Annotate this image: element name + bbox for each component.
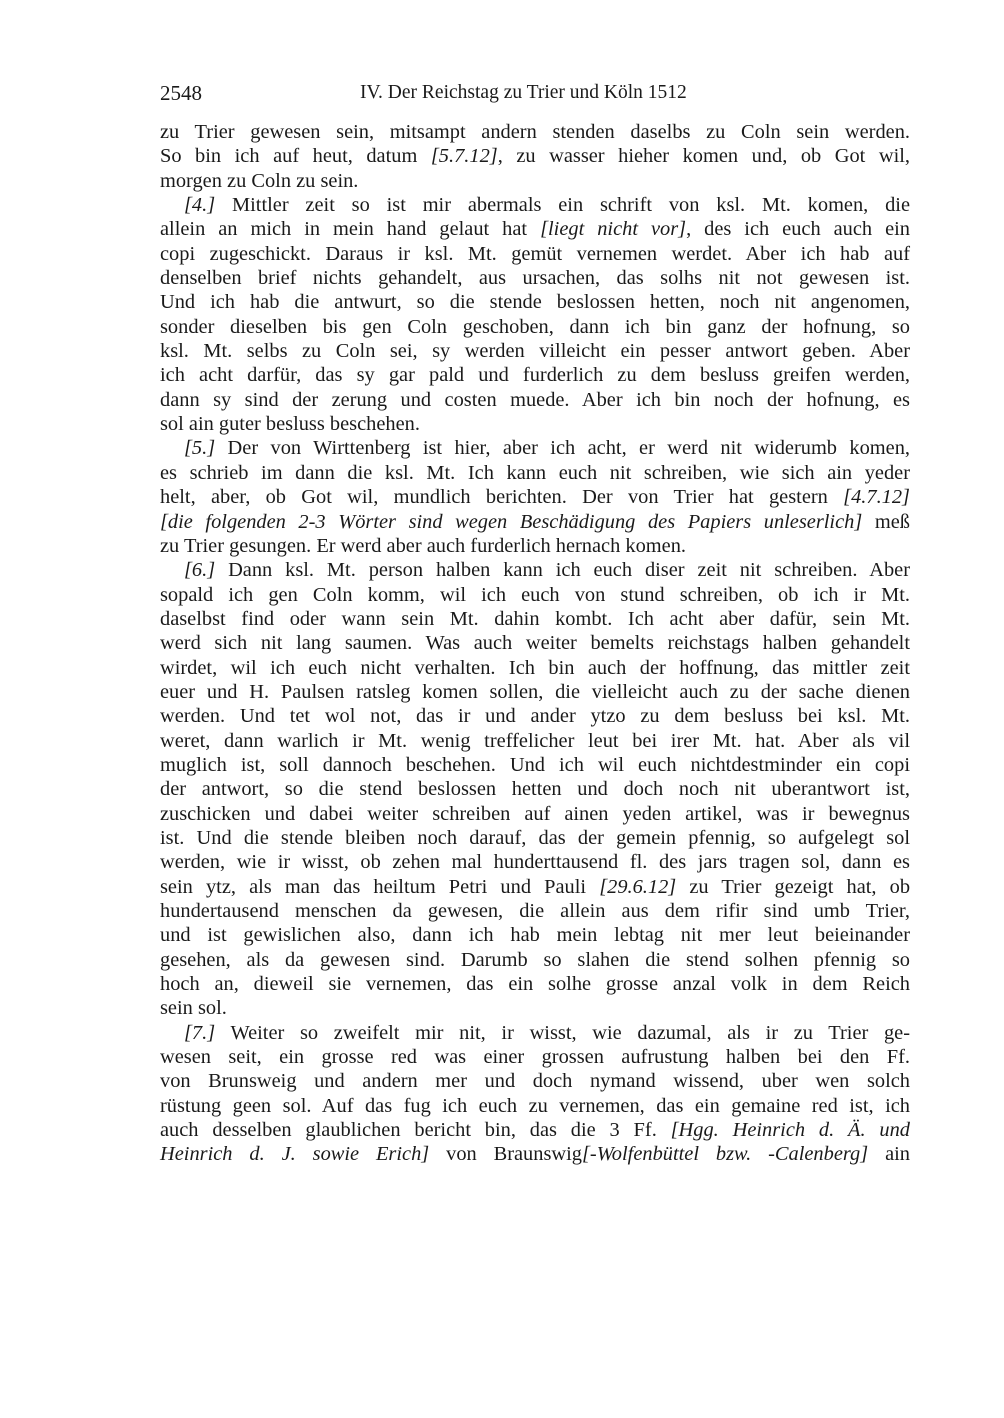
text-line: denselben brief nichts gehandelt, aus ur… (160, 266, 910, 290)
paragraph-number: [5.] (184, 437, 215, 459)
editorial-note: [liegt nicht vor] (540, 218, 686, 240)
text-segment: Und ich hab die antwurt, so die stende b… (160, 291, 910, 313)
text-line: werden, wie ir wisst, ob zehen mal hunde… (160, 850, 910, 874)
text-line: daselbst find oder wann sein Mt. dahin k… (160, 607, 910, 631)
text-segment: denselben brief nichts gehandelt, aus ur… (160, 267, 910, 289)
text-segment: zu Trier gesungen. Er werd aber auch fur… (160, 535, 686, 557)
text-segment: werden, wie ir wisst, ob zehen mal hunde… (160, 851, 910, 873)
text-segment: helt, aber, ob Got wil, mundlich bericht… (160, 486, 843, 508)
text-segment: auch desselben glaublichen bericht bin, … (160, 1119, 671, 1141)
text-line: wesen seit, ein grosse red was einer gro… (160, 1045, 910, 1069)
text-segment: es schrieb im dann die ksl. Mt. Ich kann… (160, 462, 910, 484)
text-line: auch desselben glaublichen bericht bin, … (160, 1118, 910, 1142)
text-line: hoch an, dieweil sie vernemen, das ein s… (160, 972, 910, 996)
text-segment: daselbst find oder wann sein Mt. dahin k… (160, 608, 910, 630)
text-segment: Der von Wirttenberg ist hier, aber ich a… (215, 437, 910, 459)
text-line: allein an mich in mein hand gelaut hat [… (160, 217, 910, 241)
text-segment: weret, dann warlich ir Mt. wenig treffel… (160, 730, 910, 752)
text-segment: dann sy sind der zerung und costen muede… (160, 389, 910, 411)
text-segment: sopald ich gen Coln komm, wil ich euch v… (160, 584, 910, 606)
text-segment: copi zugeschickt. Daraus ir ksl. Mt. gem… (160, 243, 910, 265)
text-segment: Dann ksl. Mt. person halben kann ich euc… (215, 559, 910, 581)
paragraph-number: [7.] (184, 1022, 215, 1044)
page-number: 2548 (160, 78, 202, 108)
text-line: copi zugeschickt. Daraus ir ksl. Mt. gem… (160, 242, 910, 266)
text-segment: ist. Und die stende bleiben noch darauf,… (160, 827, 910, 849)
text-segment: euer und H. Paulsen ratsleg komen sollen… (160, 681, 910, 703)
editorial-note: [Hgg. Heinrich d. Ä. und (671, 1119, 910, 1141)
text-segment: morgen zu Coln zu sein. (160, 170, 358, 192)
text-segment: und ist gewislichen also, dann ich hab m… (160, 924, 910, 946)
text-line: wirdet, wil ich euch nicht verhalten. Ic… (160, 656, 910, 680)
editorial-note: [29.6.12] (599, 876, 676, 898)
text-segment: So bin ich auf heut, datum (160, 145, 431, 167)
text-line: weret, dann warlich ir Mt. wenig treffel… (160, 729, 910, 753)
text-line: von Brunsweig und andern mer und doch ny… (160, 1069, 910, 1093)
text-segment: sein sol. (160, 997, 227, 1019)
editorial-note: [5.7.12] (431, 145, 498, 167)
text-line: gesehen, als da gewesen sind. Darumb so … (160, 948, 910, 972)
text-line: sonder dieselben bis gen Coln geschoben,… (160, 315, 910, 339)
text-line: sein sol. (160, 996, 910, 1020)
text-segment: ich acht darfür, das sy gar pald und fur… (160, 364, 910, 386)
text-segment: zu Trier gezeigt hat, ob (676, 876, 910, 898)
text-line: euer und H. Paulsen ratsleg komen sollen… (160, 680, 910, 704)
text-segment: sol ain guter besluss beschehen. (160, 413, 420, 435)
text-segment: , des ich euch auch ein (686, 218, 910, 240)
text-segment: allein an mich in mein hand gelaut hat (160, 218, 540, 240)
text-segment: von Brunsweig und andern mer und doch ny… (160, 1070, 910, 1092)
text-line: ich acht darfür, das sy gar pald und fur… (160, 363, 910, 387)
text-line: zu Trier gesungen. Er werd aber auch fur… (160, 534, 910, 558)
text-line: [4.] Mittler zeit so ist mir abermals ei… (160, 193, 910, 217)
editorial-note: [4.7.12] (843, 486, 910, 508)
text-line: ist. Und die stende bleiben noch darauf,… (160, 826, 910, 850)
page-header: 2548 IV. Der Reichstag zu Trier und Köln… (160, 78, 910, 108)
text-line: werden. Und tet wol not, das ir und ande… (160, 704, 910, 728)
editorial-note: [-Wolfenbüttel bzw. -Calenberg] (582, 1143, 868, 1165)
text-segment: sein ytz, als man das heiltum Petri und … (160, 876, 599, 898)
paragraph-number: [4.] (184, 194, 215, 216)
paragraph-number: [6.] (184, 559, 215, 581)
text-line: [6.] Dann ksl. Mt. person halben kann ic… (160, 558, 910, 582)
text-segment: von Braunswig (429, 1143, 582, 1165)
text-line: es schrieb im dann die ksl. Mt. Ich kann… (160, 461, 910, 485)
text-line: dann sy sind der zerung und costen muede… (160, 388, 910, 412)
text-segment: wirdet, wil ich euch nicht verhalten. Ic… (160, 657, 910, 679)
text-line: und ist gewislichen also, dann ich hab m… (160, 923, 910, 947)
text-line: ksl. Mt. selbs zu Coln sei, sy werden vi… (160, 339, 910, 363)
text-line: sopald ich gen Coln komm, wil ich euch v… (160, 583, 910, 607)
text-line: werd sich nit lang saumen. Was auch weit… (160, 631, 910, 655)
text-line: Heinrich d. J. sowie Erich] von Braunswi… (160, 1142, 910, 1166)
text-line: So bin ich auf heut, datum [5.7.12], zu … (160, 144, 910, 168)
text-segment: hoch an, dieweil sie vernemen, das ein s… (160, 973, 910, 995)
text-segment: gesehen, als da gewesen sind. Darumb so … (160, 949, 910, 971)
text-segment: muglich ist, soll dannoch beschehen. Und… (160, 754, 910, 776)
text-segment: meß (862, 511, 910, 533)
text-segment: werden. Und tet wol not, das ir und ande… (160, 705, 910, 727)
editorial-note: [die folgenden 2-3 Wörter sind wegen Bes… (160, 511, 862, 533)
text-segment: der antwort, so die stend beslossen hett… (160, 778, 910, 800)
text-line: helt, aber, ob Got wil, mundlich bericht… (160, 485, 910, 509)
text-segment: rüstung geen sol. Auf das fug ich euch z… (160, 1095, 910, 1117)
text-segment: ain (868, 1143, 910, 1165)
text-segment: zuschicken und dabei weiter schreiben au… (160, 803, 910, 825)
body-text: zu Trier gewesen sein, mitsampt andern s… (160, 120, 910, 1167)
text-line: Und ich hab die antwurt, so die stende b… (160, 290, 910, 314)
editorial-note: Heinrich d. J. sowie Erich] (160, 1143, 429, 1165)
text-line: zuschicken und dabei weiter schreiben au… (160, 802, 910, 826)
text-line: zu Trier gewesen sein, mitsampt andern s… (160, 120, 910, 144)
text-segment: sonder dieselben bis gen Coln geschoben,… (160, 316, 910, 338)
text-segment: , zu wasser hieher komen und, ob Got wil… (498, 145, 910, 167)
text-segment: wesen seit, ein grosse red was einer gro… (160, 1046, 910, 1068)
text-segment: hundertausend menschen da gewesen, die a… (160, 900, 910, 922)
text-segment: Weiter so zweifelt mir nit, ir wisst, wi… (215, 1022, 910, 1044)
text-line: [5.] Der von Wirttenberg ist hier, aber … (160, 436, 910, 460)
text-line: [die folgenden 2-3 Wörter sind wegen Bes… (160, 510, 910, 534)
text-line: sol ain guter besluss beschehen. (160, 412, 910, 436)
text-line: sein ytz, als man das heiltum Petri und … (160, 875, 910, 899)
text-line: muglich ist, soll dannoch beschehen. Und… (160, 753, 910, 777)
text-segment: zu Trier gewesen sein, mitsampt andern s… (160, 121, 910, 143)
text-line: rüstung geen sol. Auf das fug ich euch z… (160, 1094, 910, 1118)
text-line: [7.] Weiter so zweifelt mir nit, ir wiss… (160, 1021, 910, 1045)
text-segment: ksl. Mt. selbs zu Coln sei, sy werden vi… (160, 340, 910, 362)
text-line: hundertausend menschen da gewesen, die a… (160, 899, 910, 923)
text-segment: werd sich nit lang saumen. Was auch weit… (160, 632, 910, 654)
running-title: IV. Der Reichstag zu Trier und Köln 1512 (360, 78, 687, 108)
text-line: morgen zu Coln zu sein. (160, 169, 910, 193)
text-segment: Mittler zeit so ist mir abermals ein sch… (215, 194, 910, 216)
text-line: der antwort, so die stend beslossen hett… (160, 777, 910, 801)
